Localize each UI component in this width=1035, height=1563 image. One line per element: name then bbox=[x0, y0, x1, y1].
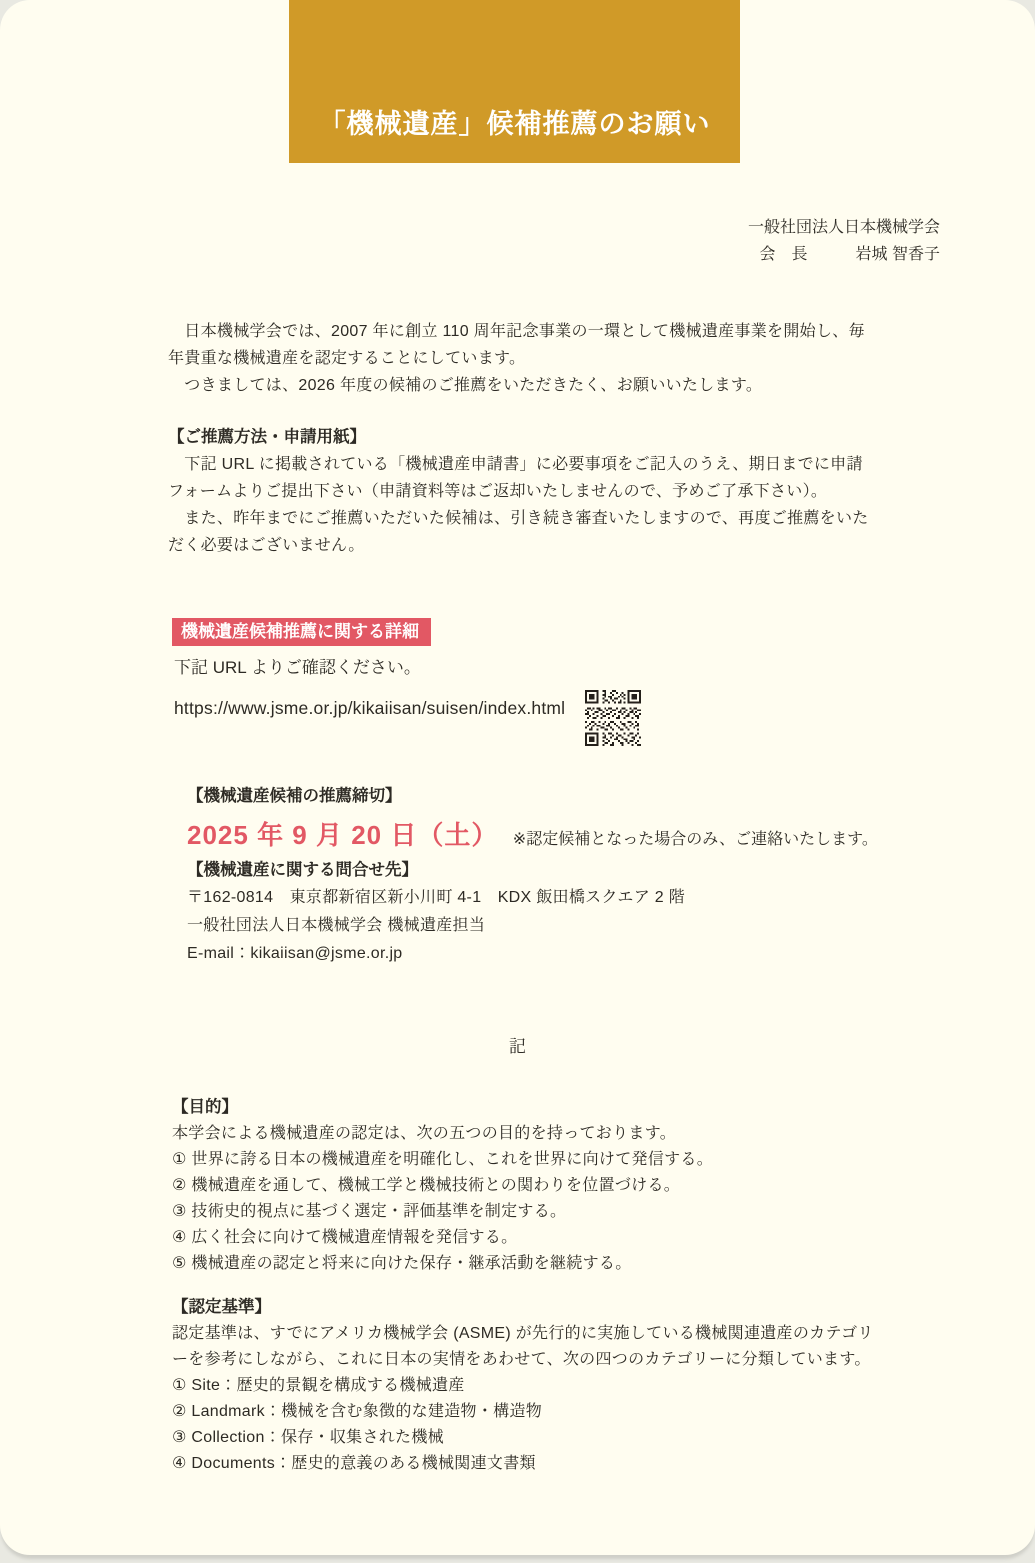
record-mark: 記 bbox=[0, 1033, 1035, 1060]
page-title: 「機械遺産」候補推薦のお願い bbox=[319, 102, 711, 141]
purpose-item-4: ④ 広く社会に向けて機械遺産情報を発信する。 bbox=[172, 1225, 878, 1251]
document-page: 「機械遺産」候補推薦のお願い 一般社団法人日本機械学会 会 長 岩城 智香子 日… bbox=[0, 0, 1035, 1555]
contact-address: 〒162-0814 東京都新宿区新小川町 4-1 KDX 飯田橋スクエア 2 階 bbox=[187, 884, 685, 912]
contact-header: 【機械遺産に関する問合せ先】 bbox=[187, 857, 685, 884]
purpose-list: ① 世界に誇る日本の機械遺産を明確化し、これを世界に向けて発信する。 ② 機械遺… bbox=[172, 1147, 878, 1277]
criteria-section: 【認定基準】 認定基準は、すでにアメリカ機械学会 (ASME) が先行的に実施し… bbox=[172, 1294, 884, 1477]
criteria-item-4: ④ Documents：歴史的意義のある機械関連文書類 bbox=[172, 1451, 884, 1477]
purpose-section: 【目的】 本学会による機械遺産の認定は、次の五つの目的を持っております。 ① 世… bbox=[172, 1094, 878, 1277]
criteria-item-1: ① Site：歴史的景観を構成する機械遺産 bbox=[172, 1373, 884, 1399]
signature-president: 会 長 岩城 智香子 bbox=[748, 241, 940, 268]
signature-block: 一般社団法人日本機械学会 会 長 岩城 智香子 bbox=[748, 214, 940, 268]
purpose-item-3: ③ 技術史的視点に基づく選定・評価基準を制定する。 bbox=[172, 1199, 878, 1225]
criteria-item-3: ③ Collection：保存・収集された機械 bbox=[172, 1425, 884, 1451]
intro-paragraph-2: つきましては、2026 年度の候補のご推薦をいただきたく、お願いいたします。 bbox=[168, 372, 868, 399]
details-note: 下記 URL よりご確認ください。 bbox=[174, 656, 872, 680]
deadline-date: 2025 年 9 月 20 日（土） bbox=[187, 820, 498, 850]
purpose-item-1: ① 世界に誇る日本の機械遺産を明確化し、これを世界に向けて発信する。 bbox=[172, 1147, 878, 1173]
purpose-intro: 本学会による機械遺産の認定は、次の五つの目的を持っております。 bbox=[172, 1121, 878, 1147]
deadline-date-row: 2025 年 9 月 20 日（土） ※認定候補となった場合のみ、ご連絡いたしま… bbox=[187, 815, 878, 852]
purpose-item-2: ② 機械遺産を通して、機械工学と機械技術との関わりを位置づける。 bbox=[172, 1173, 878, 1199]
signature-org: 一般社団法人日本機械学会 bbox=[748, 214, 940, 241]
method-section: 【ご推薦方法・申請用紙】 下記 URL に掲載されている「機械遺産申請書」に必要… bbox=[168, 424, 874, 559]
details-section: 機械遺産候補推薦に関する詳細 下記 URL よりご確認ください。 https:/… bbox=[172, 618, 872, 746]
method-header: 【ご推薦方法・申請用紙】 bbox=[168, 424, 874, 451]
purpose-item-5: ⑤ 機械遺産の認定と将来に向けた保存・継承活動を継続する。 bbox=[172, 1251, 878, 1277]
method-paragraph-2: また、昨年までにご推薦いただいた候補は、引き続き審査いたしますので、再度ご推薦を… bbox=[168, 505, 874, 559]
criteria-header: 【認定基準】 bbox=[172, 1294, 884, 1321]
contact-email: E-mail：kikaiisan@jsme.or.jp bbox=[187, 940, 685, 968]
contact-org: 一般社団法人日本機械学会 機械遺産担当 bbox=[187, 912, 685, 940]
method-paragraph-1: 下記 URL に掲載されている「機械遺産申請書」に必要事項をご記入のうえ、期日ま… bbox=[168, 451, 874, 505]
contact-section: 【機械遺産に関する問合せ先】 〒162-0814 東京都新宿区新小川町 4-1 … bbox=[187, 857, 685, 968]
criteria-item-2: ② Landmark：機械を含む象徴的な建造物・構造物 bbox=[172, 1399, 884, 1425]
intro-section: 日本機械学会では、2007 年に創立 110 周年記念事業の一環として機械遺産事… bbox=[168, 318, 868, 399]
criteria-intro: 認定基準は、すでにアメリカ機械学会 (ASME) が先行的に実施している機械関連… bbox=[172, 1321, 884, 1373]
deadline-header: 【機械遺産候補の推薦締切】 bbox=[187, 783, 878, 810]
deadline-section: 【機械遺産候補の推薦締切】 2025 年 9 月 20 日（土） ※認定候補とな… bbox=[187, 783, 878, 852]
details-url-link[interactable]: https://www.jsme.or.jp/kikaiisan/suisen/… bbox=[174, 696, 565, 720]
purpose-header: 【目的】 bbox=[172, 1094, 878, 1121]
intro-paragraph-1: 日本機械学会では、2007 年に創立 110 周年記念事業の一環として機械遺産事… bbox=[168, 318, 868, 372]
title-banner: 「機械遺産」候補推薦のお願い bbox=[289, 0, 740, 163]
deadline-note: ※認定候補となった場合のみ、ご連絡いたします。 bbox=[513, 831, 878, 848]
url-row: https://www.jsme.or.jp/kikaiisan/suisen/… bbox=[172, 690, 872, 746]
details-badge: 機械遺産候補推薦に関する詳細 bbox=[172, 618, 431, 646]
qr-code-icon bbox=[585, 690, 641, 746]
criteria-list: ① Site：歴史的景観を構成する機械遺産 ② Landmark：機械を含む象徴… bbox=[172, 1373, 884, 1477]
